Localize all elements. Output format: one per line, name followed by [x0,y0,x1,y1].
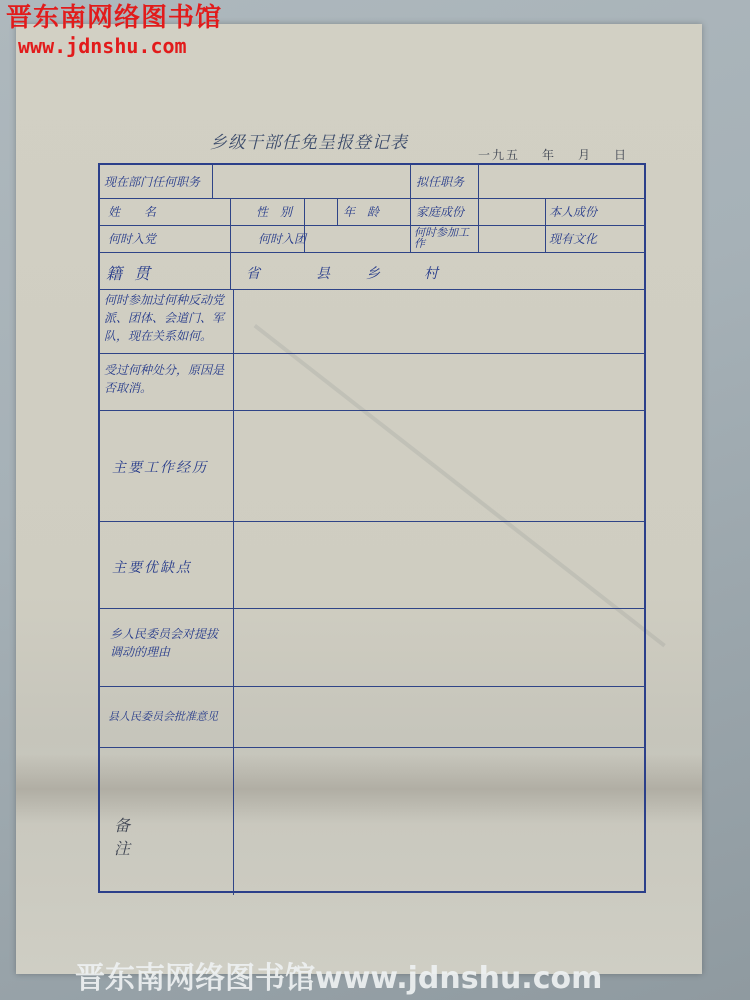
watermark-library-name: 晋东南网络图书馆 [6,2,222,34]
watermark-url: www.jdnshu.com [6,34,222,58]
label-proposed-post: 拟任职务 [416,175,478,189]
label-native-place: 籍贯 [106,261,226,284]
date-month: 月 [578,148,592,162]
field-work-history[interactable] [235,411,645,521]
label-county-approval: 县人民委员会批准意见 [108,710,234,724]
label-age: 年 龄 [343,205,387,219]
field-county-approval[interactable] [235,687,645,747]
label-sex: 性 别 [256,205,302,219]
date-year: 年 [542,148,556,162]
label-current-post: 现在部门任何职务 [104,175,212,189]
label-punishment: 受过何种处分，原因是否取消。 [104,361,224,397]
label-reactionary-history: 何时参加过何种反动党派、团体、会道门、军队，现在关系如何。 [104,291,230,345]
field-merits[interactable] [235,522,645,608]
label-work-start: 何时参加工作 [414,227,476,249]
field-age[interactable] [388,199,409,225]
field-current-post[interactable] [213,165,409,198]
registration-form-table: 现在部门任何职务 拟任职务 姓 名 性 别 年 龄 家庭成份 本人成份 何时入党… [98,163,646,893]
label-education: 现有文化 [549,232,609,246]
field-work-start[interactable] [479,226,544,252]
watermark-top: 晋东南网络图书馆 www.jdnshu.com [6,2,222,58]
native-province: 省 [246,263,262,283]
native-county: 县 [316,263,332,283]
label-league-join: 何时入团 [258,232,318,246]
field-proposed-post[interactable] [479,165,645,198]
label-personal-class: 本人成份 [549,205,609,219]
label-name: 姓 名 [108,205,228,219]
native-village: 村 [424,263,440,283]
native-township: 乡 [366,263,382,283]
date-year-prefix: 一九五 [478,148,520,162]
label-party-join: 何时入党 [108,232,228,246]
field-sex[interactable] [305,199,336,225]
label-work-history: 主要工作经历 [112,457,232,477]
field-education[interactable] [610,226,645,252]
label-remarks: 备 注 [114,813,234,859]
field-punishment[interactable] [235,354,645,410]
form-title: 乡级干部任免呈报登记表 [210,128,408,153]
field-township-reason[interactable] [235,609,645,686]
label-family-class: 家庭成份 [416,205,478,219]
watermark-bottom: 晋东南网络图书馆www.jdnshu.com [75,953,602,997]
label-township-reason: 乡人民委员会对提拔调动的理由 [110,625,228,661]
form-date: 一九五年月日 [478,146,650,163]
label-merits: 主要优缺点 [112,557,232,577]
field-family-class[interactable] [479,199,544,225]
date-day: 日 [614,148,628,162]
field-personal-class[interactable] [610,199,645,225]
field-remarks[interactable] [235,748,645,893]
field-reactionary-history[interactable] [235,290,645,353]
field-league-join[interactable] [338,226,409,252]
